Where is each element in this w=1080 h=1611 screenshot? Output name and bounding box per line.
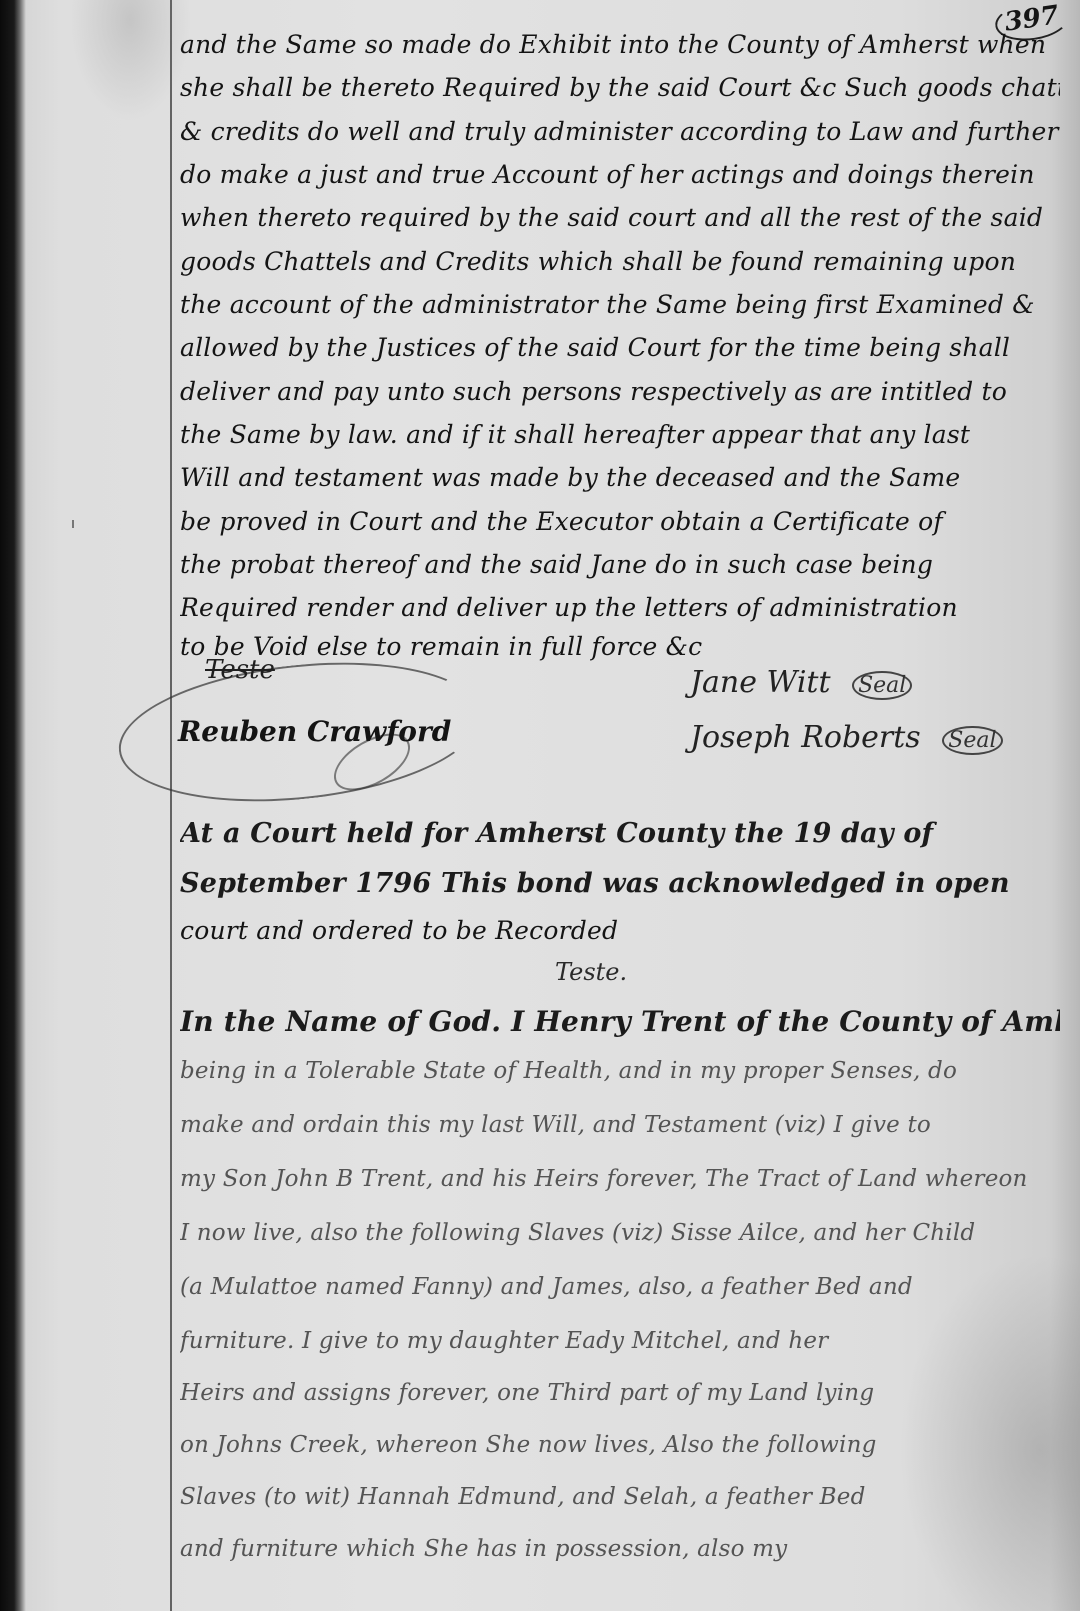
bond-line: be proved in Court and the Executor obta… (180, 507, 1060, 536)
bond-line: to be Void else to remain in full force … (180, 632, 1060, 661)
bond-line: when thereto required by the said court … (180, 203, 1060, 232)
signature-joseph-roberts: Joseph Roberts Seal (690, 720, 1003, 755)
court-line: court and ordered to be Recorded (180, 916, 1060, 945)
will-line-heading: In the Name of God. I Henry Trent of the… (180, 1005, 1060, 1038)
will-line: Heirs and assigns forever, one Third par… (180, 1380, 1060, 1406)
will-line: furniture. I give to my daughter Eady Mi… (180, 1328, 1060, 1354)
bond-line: the probat thereof and the said Jane do … (180, 550, 1060, 579)
court-line: September 1796 This bond was acknowledge… (180, 868, 1060, 899)
seal-mark: Seal (852, 671, 912, 700)
will-line: being in a Tolerable State of Health, an… (180, 1058, 1060, 1084)
signature-jane-witt: Jane Witt Seal (690, 665, 912, 700)
will-line: my Son John B Trent, and his Heirs forev… (180, 1166, 1060, 1192)
bond-line: deliver and pay unto such persons respec… (180, 377, 1060, 406)
teste-label: Teste (205, 655, 275, 685)
witness-signature: Reuben Crawford (178, 715, 451, 748)
will-line: Slaves (to wit) Hannah Edmund, and Selah… (180, 1484, 1060, 1510)
teste-label-court: Teste. (555, 958, 627, 986)
bond-line: & credits do well and truly administer a… (180, 117, 1060, 146)
bond-line: the account of the administrator the Sam… (180, 290, 1060, 319)
left-margin-rule (170, 0, 172, 1611)
bond-line: goods Chattels and Credits which shall b… (180, 247, 1060, 276)
bond-line: Will and testament was made by the decea… (180, 463, 1060, 492)
bond-line: she shall be thereto Required by the sai… (180, 73, 1060, 102)
will-line: on Johns Creek, whereon She now lives, A… (180, 1432, 1060, 1458)
court-line: At a Court held for Amherst County the 1… (180, 818, 1060, 849)
will-line: make and ordain this my last Will, and T… (180, 1112, 1060, 1138)
bond-line: allowed by the Justices of the said Cour… (180, 333, 1060, 362)
will-line: and furniture which She has in possessio… (180, 1536, 1060, 1562)
signatory-name: Jane Witt (690, 665, 831, 700)
bond-line: do make a just and true Account of her a… (180, 160, 1060, 189)
will-line: I now live, also the following Slaves (v… (180, 1220, 1060, 1246)
seal-mark: Seal (942, 726, 1002, 755)
stray-ink-mark (72, 520, 74, 528)
bond-line: and the Same so made do Exhibit into the… (180, 30, 1060, 59)
bond-line: the Same by law. and if it shall hereaft… (180, 420, 1060, 449)
will-line: (a Mulattoe named Fanny) and James, also… (180, 1274, 1060, 1300)
signatory-name: Joseph Roberts (690, 720, 921, 755)
bond-line: Required render and deliver up the lette… (180, 593, 1060, 622)
scanned-page: 397 and the Same so made do Exhibit into… (0, 0, 1080, 1611)
